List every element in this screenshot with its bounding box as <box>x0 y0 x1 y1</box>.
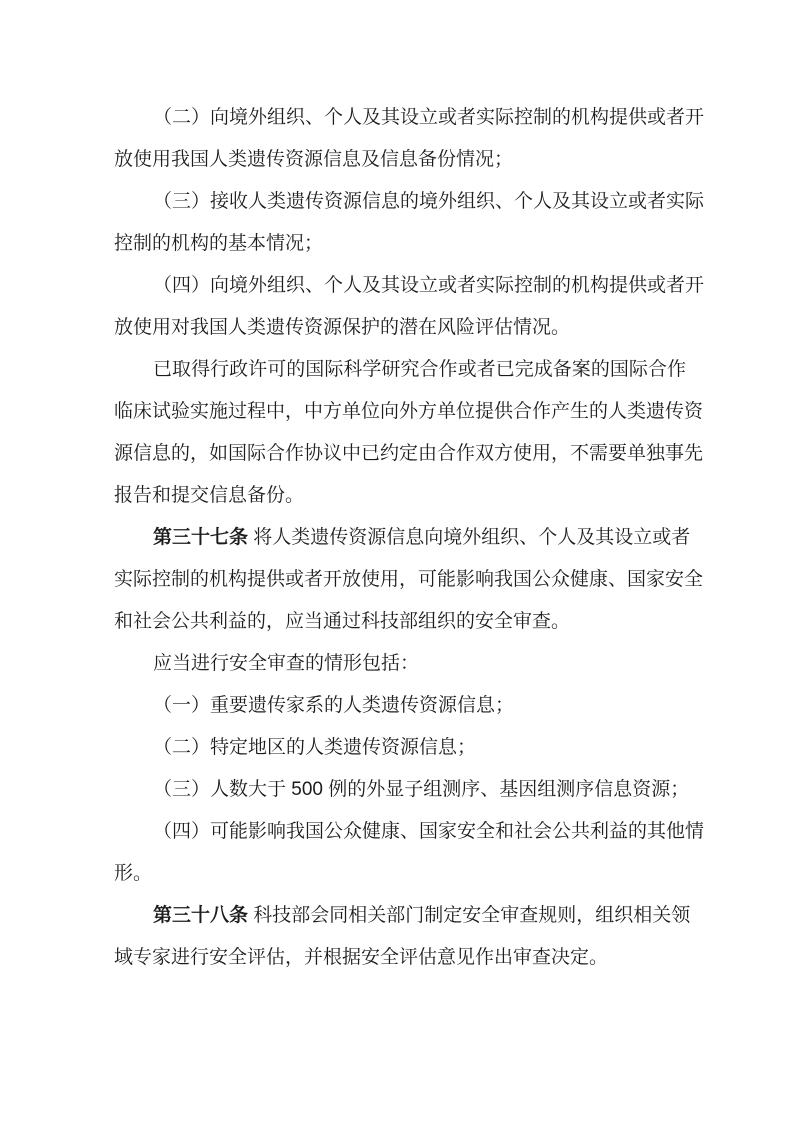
text-line: （四）向境外组织、个人及其设立或者实际控制的机构提供或者开 <box>114 265 686 307</box>
document-page: （二）向境外组织、个人及其设立或者实际控制的机构提供或者开放使用我国人类遗传资源… <box>0 0 800 1131</box>
paragraph-item-2-info-backup: （二）向境外组织、个人及其设立或者实际控制的机构提供或者开放使用我国人类遗传资源… <box>114 97 686 181</box>
text-line: 已取得行政许可的国际科学研究合作或者已完成备案的国际合作 <box>114 349 686 391</box>
text-line: （三）接收人类遗传资源信息的境外组织、个人及其设立或者实际 <box>114 181 686 223</box>
text-line: 实际控制的机构提供或者开放使用，可能影响我国公众健康、国家安全 <box>114 559 686 601</box>
text-line: 应当进行安全审查的情形包括： <box>114 643 686 685</box>
document-body: （二）向境外组织、个人及其设立或者实际控制的机构提供或者开放使用我国人类遗传资源… <box>114 97 686 979</box>
paragraph-review-item-3: （三）人数大于 500 例的外显子组测序、基因组测序信息资源； <box>114 769 686 811</box>
text-line: 放使用我国人类遗传资源信息及信息备份情况； <box>114 139 686 181</box>
article-number-label: 第三十七条 <box>153 527 248 548</box>
text-line: （四）可能影响我国公众健康、国家安全和社会公共利益的其他情 <box>114 811 686 853</box>
paragraph-item-4-risk-assessment: （四）向境外组织、个人及其设立或者实际控制的机构提供或者开放使用对我国人类遗传资… <box>114 265 686 349</box>
text-line: 控制的机构的基本情况； <box>114 223 686 265</box>
text-line: （一）重要遗传家系的人类遗传资源信息； <box>114 685 686 727</box>
line-text: 将人类遗传资源信息向境外组织、个人及其设立或者 <box>248 527 690 548</box>
paragraph-security-review-intro: 应当进行安全审查的情形包括： <box>114 643 686 685</box>
text-line: （二）向境外组织、个人及其设立或者实际控制的机构提供或者开 <box>114 97 686 139</box>
paragraph-article-38: 第三十八条 科技部会同相关部门制定安全审查规则，组织相关领域专家进行安全评估，并… <box>114 895 686 979</box>
article-number-label: 第三十八条 <box>153 905 248 926</box>
paragraph-review-item-2: （二）特定地区的人类遗传资源信息； <box>114 727 686 769</box>
text-line: （三）人数大于 500 例的外显子组测序、基因组测序信息资源； <box>114 769 686 811</box>
text-line: 和社会公共利益的，应当通过科技部组织的安全审查。 <box>114 601 686 643</box>
text-line: 域专家进行安全评估，并根据安全评估意见作出审查决定。 <box>114 937 686 979</box>
text-line: 放使用对我国人类遗传资源保护的潜在风险评估情况。 <box>114 307 686 349</box>
paragraph-review-item-1: （一）重要遗传家系的人类遗传资源信息； <box>114 685 686 727</box>
text-line: 报告和提交信息备份。 <box>114 475 686 517</box>
text-line: 形。 <box>114 853 686 895</box>
text-line: 临床试验实施过程中，中方单位向外方单位提供合作产生的人类遗传资 <box>114 391 686 433</box>
text-line: 第三十八条 科技部会同相关部门制定安全审查规则，组织相关领 <box>114 895 686 937</box>
paragraph-item-3-receiver-basic-info: （三）接收人类遗传资源信息的境外组织、个人及其设立或者实际控制的机构的基本情况； <box>114 181 686 265</box>
text-line: 源信息的，如国际合作协议中已约定由合作双方使用，不需要单独事先 <box>114 433 686 475</box>
line-text: 科技部会同相关部门制定安全审查规则，组织相关领 <box>248 905 690 926</box>
paragraph-paragraph-international-cooperation: 已取得行政许可的国际科学研究合作或者已完成备案的国际合作临床试验实施过程中，中方… <box>114 349 686 517</box>
text-line: 第三十七条 将人类遗传资源信息向境外组织、个人及其设立或者 <box>114 517 686 559</box>
paragraph-article-37: 第三十七条 将人类遗传资源信息向境外组织、个人及其设立或者实际控制的机构提供或者… <box>114 517 686 643</box>
text-line: （二）特定地区的人类遗传资源信息； <box>114 727 686 769</box>
paragraph-review-item-4: （四）可能影响我国公众健康、国家安全和社会公共利益的其他情形。 <box>114 811 686 895</box>
